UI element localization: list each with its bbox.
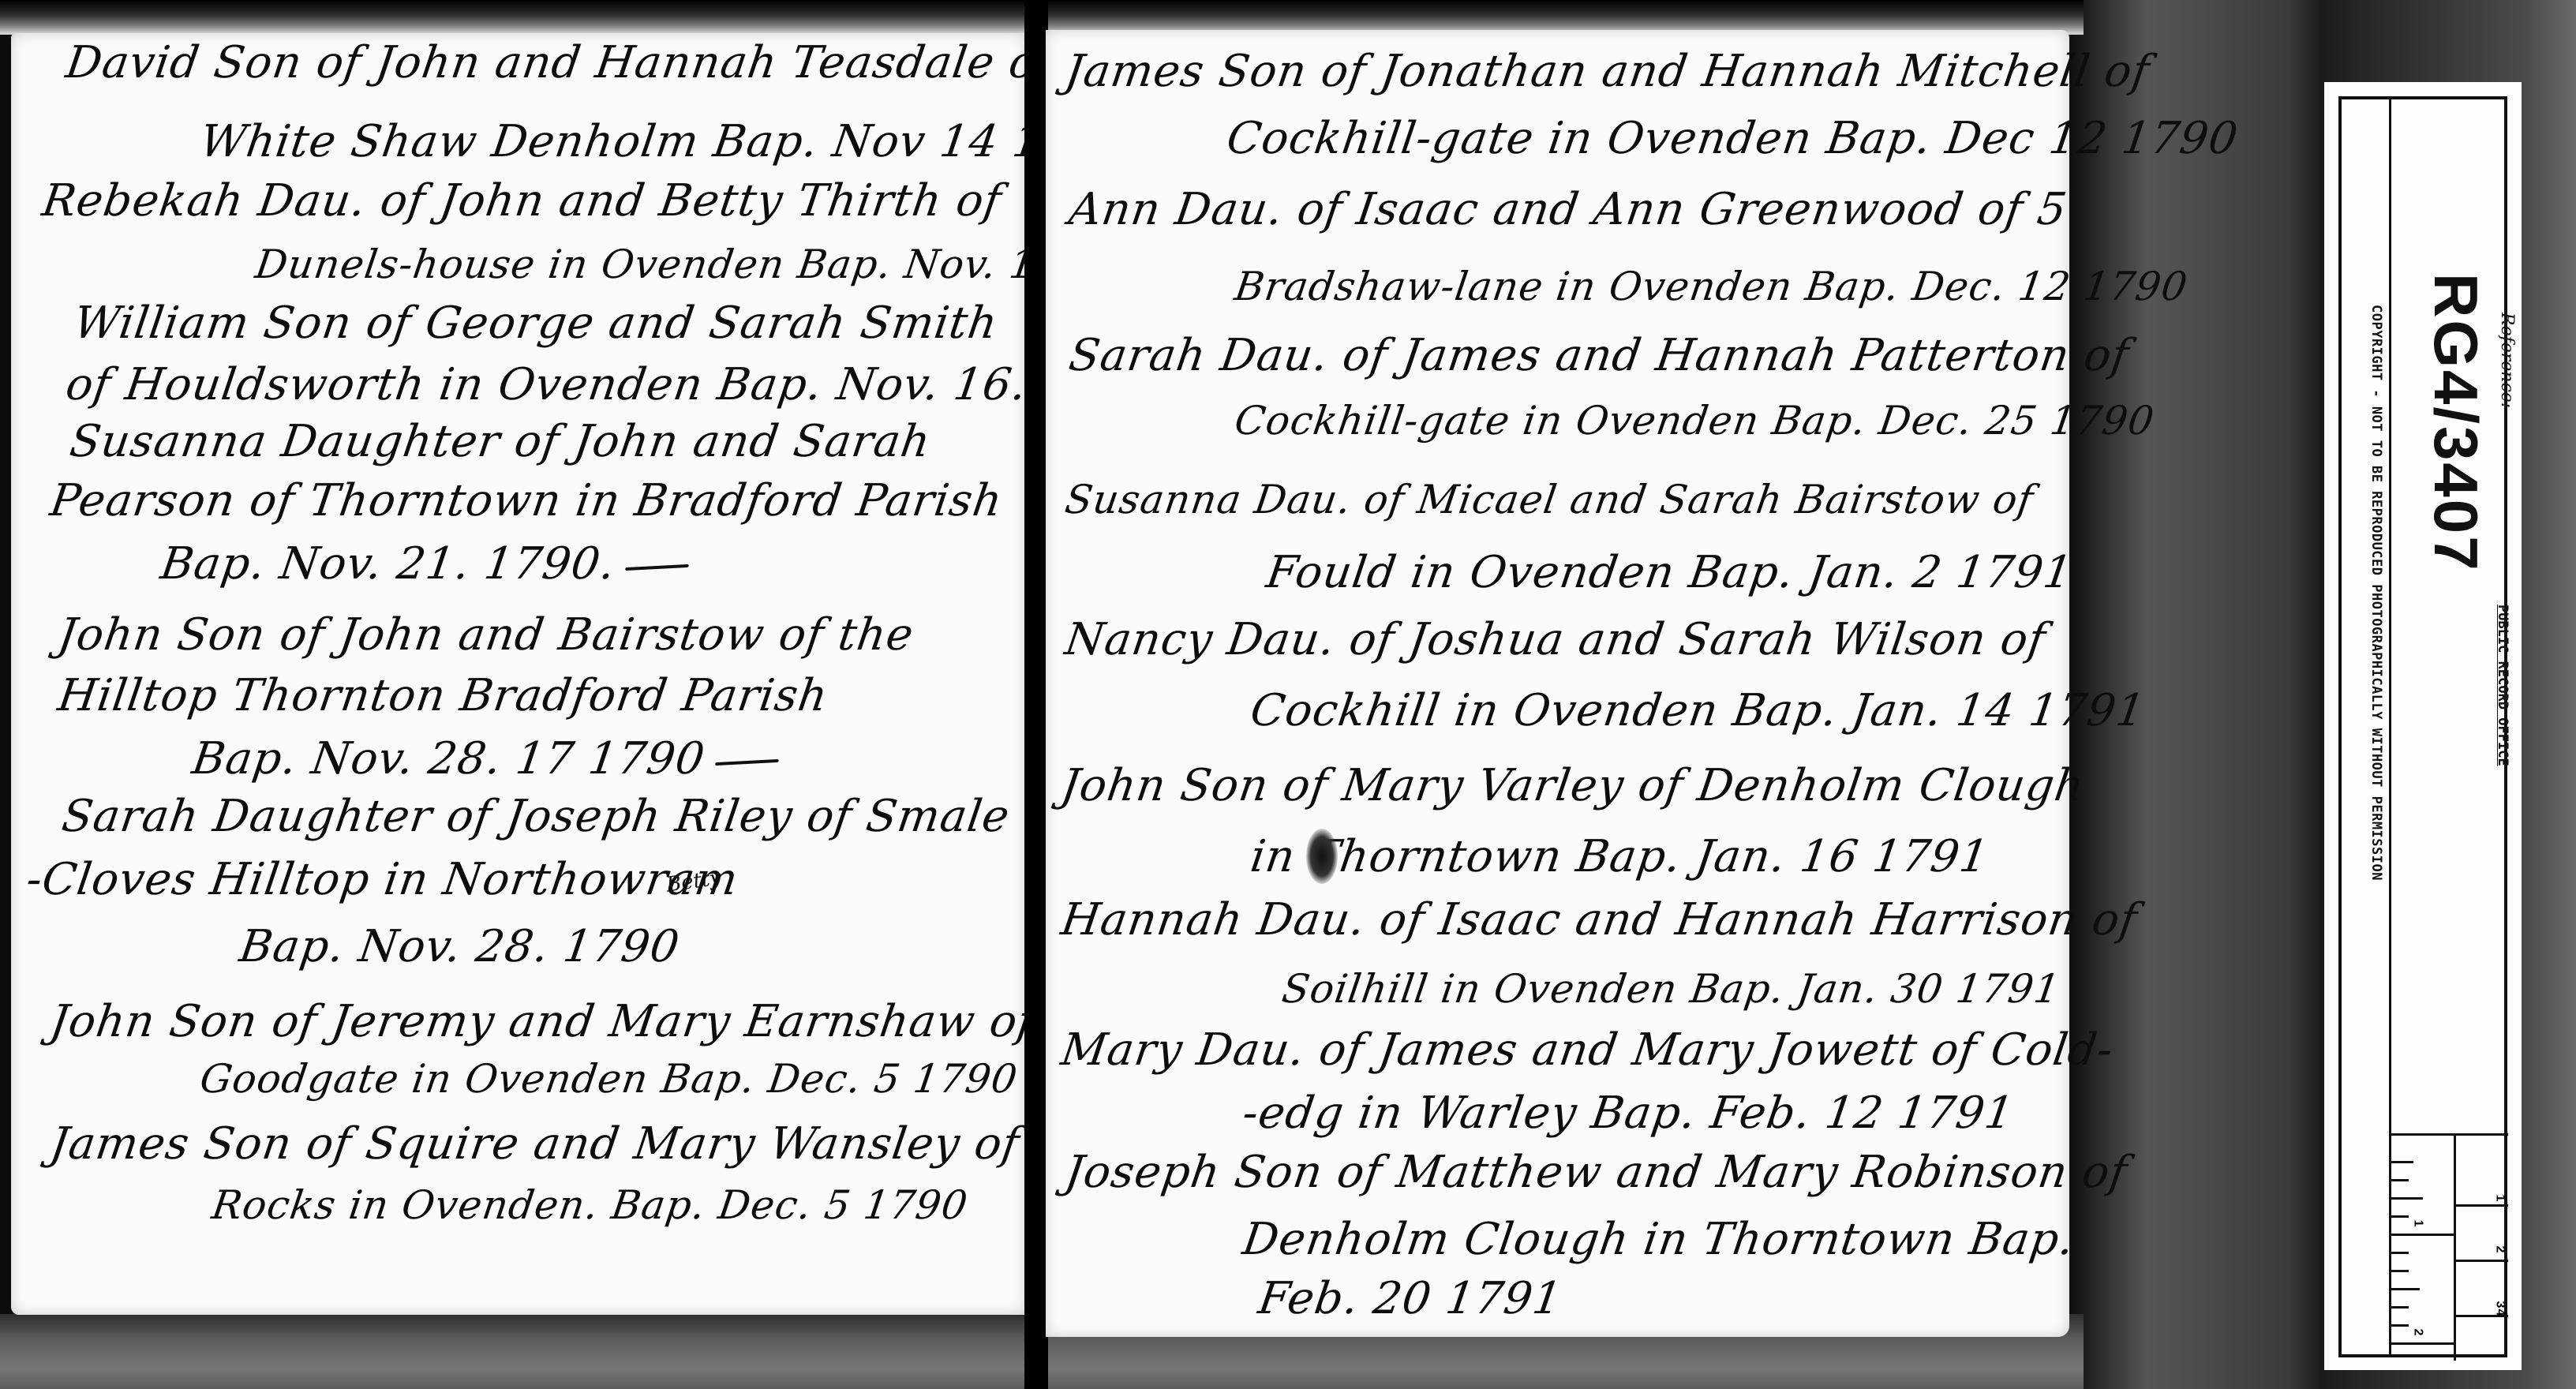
entry-line: Fould in Ovenden Bap. Jan. 2 1791 <box>1264 551 2076 595</box>
entry-text: Bap. Nov. 21. 1790. <box>158 538 620 590</box>
entry-line: White Shaw Denholm Bap. Nov 14 1790 <box>197 120 1132 164</box>
flourish-dash <box>626 563 690 570</box>
cm-scale-number: 3 <box>2493 1301 2507 1309</box>
copyright-notice: COPYRIGHT - NOT TO BE REPRODUCED PHOTOGR… <box>2368 305 2384 881</box>
card-divider <box>2389 99 2391 1354</box>
ruler-tick <box>2391 1306 2409 1309</box>
ruler-tick <box>2391 1161 2413 1163</box>
entry-line: Joseph Son of Matthew and Mary Robinson … <box>1062 1151 2130 1195</box>
entry-line: Cockhill-gate in Ovenden Bap. Dec 12 179… <box>1224 117 2241 161</box>
entry-line: Sarah Daughter of Joseph Riley of Smale <box>59 795 1013 839</box>
entry-line: Mary Dau. of James and Mary Jowett of Co… <box>1058 1028 2116 1073</box>
ruler-tick <box>2391 1288 2420 1290</box>
cm-scale-number: 4 <box>2493 1309 2507 1316</box>
reference-code: RG4/3407 <box>2420 273 2492 573</box>
entry-line: Bradshaw-lane in Ovenden Bap. Dec. 12 17… <box>1232 267 2190 306</box>
ink-blot <box>1306 829 1338 884</box>
entry-line: Nancy Dau. of Joshua and Sarah Wilson of <box>1062 618 2049 662</box>
entry-line: William Son of George and Sarah Smith <box>71 301 1001 346</box>
cm-scale-cell: 3 <box>2456 1260 2508 1315</box>
entry-line: Hilltop Thornton Bradford Parish <box>55 674 830 718</box>
entry-line: Cockhill in Ovenden Bap. Jan. 14 1791 <box>1248 689 2148 733</box>
card-frame: Reference:- RG4/3407 PUBLIC RECORD OFFIC… <box>2338 96 2507 1357</box>
cm-scale-number: 1 <box>2493 1195 2507 1202</box>
cm-scale-cell: 4 <box>2456 1315 2508 1370</box>
reference-label: Reference:- <box>2497 313 2517 414</box>
reference-card: Reference:- RG4/3407 PUBLIC RECORD OFFIC… <box>2324 82 2522 1370</box>
entry-line: Goodgate in Ovenden Bap. Dec. 5 1790 <box>197 1059 1020 1099</box>
entry-line: Soilhill in Ovenden Bap. Jan. 30 1791 <box>1279 969 2062 1009</box>
entry-line: Hannah Dau. of Isaac and Hannah Harrison… <box>1058 898 2140 942</box>
entry-line: Ann Dau. of Isaac and Ann Greenwood of 5 <box>1066 188 2069 232</box>
entry-line: John Son of Jeremy and Mary Earnshaw of <box>47 1000 1038 1044</box>
ruler-tick <box>2391 1342 2454 1345</box>
entry-line: Bap. Nov. 28. 1790 <box>237 925 683 969</box>
book-gutter <box>1024 0 1048 1389</box>
entry-line: Rebekah Dau. of John and Betty Thirth of <box>39 179 1004 223</box>
entry-line: in Thorntown Bap. Jan. 16 1791 <box>1248 835 1992 879</box>
ruler-tick <box>2391 1197 2423 1200</box>
right-page: James Son of Jonathan and Hannah Mitchel… <box>1046 30 2069 1337</box>
entry-line: John Son of John and Bairstow of the <box>55 613 916 657</box>
entry-line: James Son of Squire and Mary Wansley of <box>47 1122 1022 1166</box>
left-page: David Son of John and Hannah Teasdale of… <box>11 33 1026 1315</box>
entry-line: Susanna Daughter of John and Sarah <box>67 420 934 464</box>
public-record-office-label: PUBLIC RECORD OFFICE <box>2495 605 2510 766</box>
entry-line: John Son of Mary Varley of Denholm Cloug… <box>1058 764 2087 808</box>
ruler-tick <box>2391 1234 2454 1236</box>
entry-line: Susanna Dau. of Micael and Sarah Bairsto… <box>1062 480 2035 519</box>
entry-line: Sarah Dau. of James and Hannah Patterton… <box>1066 334 2132 378</box>
entry-line: Bap. Nov. 21. 1790. <box>158 542 692 586</box>
entry-line: David Son of John and Hannah Teasdale of <box>63 41 1057 85</box>
ruler-tick <box>2391 1215 2409 1218</box>
entry-line: -Cloves Hilltop in Northowram <box>24 858 741 902</box>
entry-line: Cockhill-gate in Ovenden Bap. Dec. 25 17… <box>1232 401 2157 440</box>
entry-line: -edg in Warley Bap. Feb. 12 1791 <box>1240 1091 2016 1136</box>
cm-scale-cell: 2 <box>2456 1204 2508 1260</box>
flourish-dash <box>715 758 779 765</box>
cm-scale-number: 2 <box>2493 1246 2507 1253</box>
inch-scale-number: 1 <box>2410 1220 2424 1227</box>
entry-line: Feb. 20 1791 <box>1256 1277 1565 1321</box>
entry-line: of Houldsworth in Ovenden Bap. Nov. 16. … <box>63 363 1160 407</box>
cm-scale-cell: 1 <box>2456 1133 2508 1204</box>
inch-scale-number: 2 <box>2410 1329 2424 1336</box>
ruler-tick <box>2391 1252 2409 1254</box>
entry-line: Rocks in Ovenden. Bap. Dec. 5 1790 <box>209 1185 970 1225</box>
entry-text: Bap. Nov. 28. 17 1790 <box>189 733 709 784</box>
entry-line: James Son of Jonathan and Hannah Mitchel… <box>1062 50 2152 94</box>
ruler-tick <box>2391 1324 2409 1327</box>
entry-line: Pearson of Thorntown in Bradford Parish <box>47 479 1005 523</box>
ruler-tick <box>2391 1270 2409 1272</box>
ruler-tick <box>2391 1179 2409 1181</box>
entry-line: Denholm Clough in Thorntown Bap. <box>1240 1218 2077 1262</box>
entry-line: Bap. Nov. 28. 17 1790 <box>189 737 782 781</box>
